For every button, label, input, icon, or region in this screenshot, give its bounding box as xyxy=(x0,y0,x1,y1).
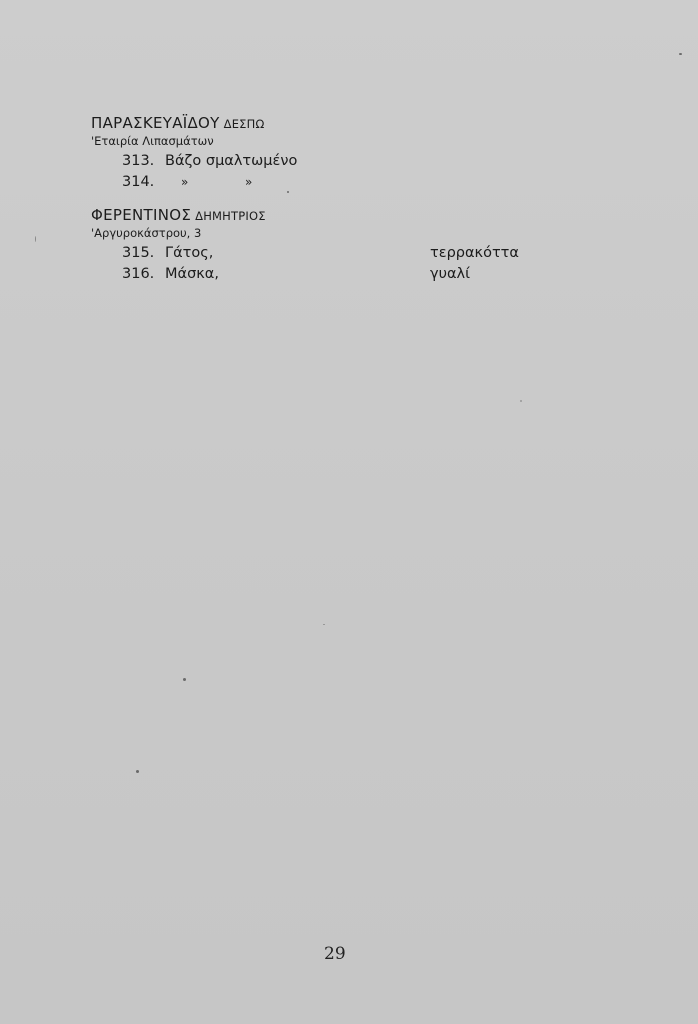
scan-speck xyxy=(183,678,186,681)
item-number: 315. xyxy=(122,243,154,263)
ditto-mark: » xyxy=(181,172,188,192)
catalog-item: 315. Γάτος, τερρακόττα xyxy=(91,243,266,264)
item-description: Μάσκα, xyxy=(165,264,219,284)
exhibitor-firstname: ΔΗΜΗΤΡΙΟΣ xyxy=(195,209,266,223)
exhibitor-address: 'Αργυροκάστρου, 3 xyxy=(91,226,266,240)
catalog-entry-ferentinos: ΦΕΡΕΝΤΙΝΟΣΔΗΜΗΤΡΙΟΣ 'Αργυροκάστρου, 3 31… xyxy=(91,206,266,285)
scanned-page: ΠΑΡΑΣΚΕΥΑΪΔΟΥΔΕΣΠΩ 'Εταιρία Λιπασμάτων 3… xyxy=(0,0,698,1024)
exhibitor-firstname: ΔΕΣΠΩ xyxy=(224,117,265,131)
catalog-item: 313. Βάζο σμαλτωμένο xyxy=(91,151,264,172)
item-material: τερρακόττα xyxy=(430,243,519,263)
catalog-item: 316. Μάσκα, γυαλί xyxy=(91,264,266,285)
item-description: Γάτος, xyxy=(165,243,213,263)
scan-speck xyxy=(136,770,139,773)
exhibitor-surname: ΠΑΡΑΣΚΕΥΑΪΔΟΥ xyxy=(91,114,220,132)
catalog-item: 314. » » xyxy=(91,172,264,193)
exhibitor-name: ΦΕΡΕΝΤΙΝΟΣΔΗΜΗΤΡΙΟΣ xyxy=(91,206,266,225)
exhibitor-name: ΠΑΡΑΣΚΕΥΑΪΔΟΥΔΕΣΠΩ xyxy=(91,114,264,133)
item-material: γυαλί xyxy=(430,264,470,284)
scan-speck xyxy=(35,236,36,242)
item-description: Βάζο σμαλτωμένο xyxy=(165,151,297,171)
scan-speck xyxy=(679,53,682,55)
exhibitor-surname: ΦΕΡΕΝΤΙΝΟΣ xyxy=(91,206,191,224)
scan-speck xyxy=(520,400,522,402)
ditto-mark: » xyxy=(245,172,252,192)
exhibitor-address: 'Εταιρία Λιπασμάτων xyxy=(91,134,264,148)
catalog-entry-paraskevaidou: ΠΑΡΑΣΚΕΥΑΪΔΟΥΔΕΣΠΩ 'Εταιρία Λιπασμάτων 3… xyxy=(91,114,264,193)
item-number: 316. xyxy=(122,264,154,284)
item-number: 314. xyxy=(122,172,154,192)
item-number: 313. xyxy=(122,151,154,171)
page-number: 29 xyxy=(324,944,346,964)
scan-speck xyxy=(287,191,289,193)
scan-speck xyxy=(323,624,325,625)
